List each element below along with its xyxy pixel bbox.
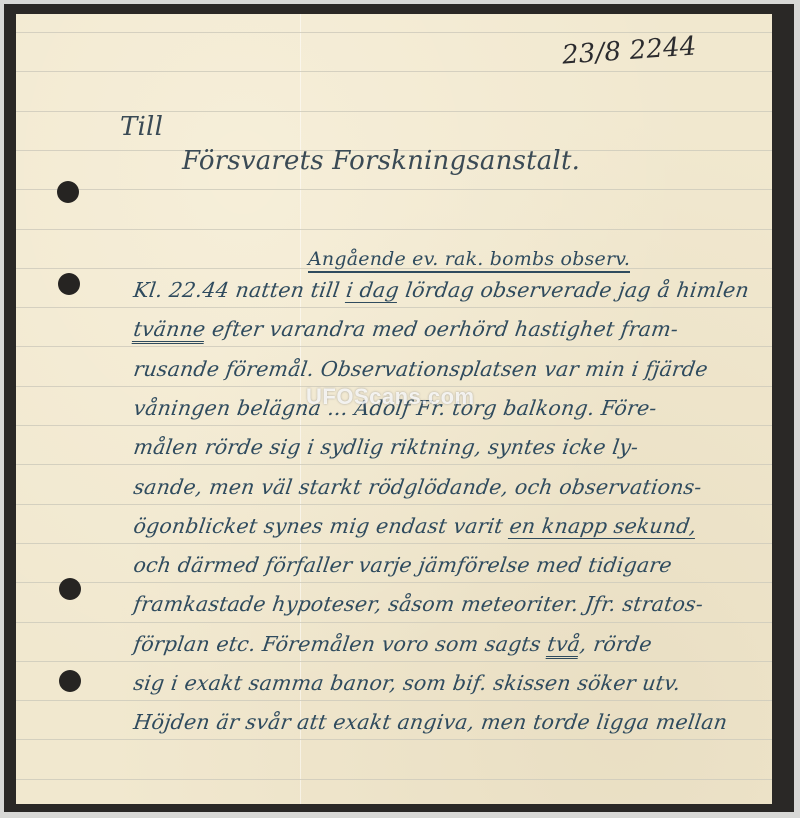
salutation: Till <box>120 112 163 142</box>
ruled-line <box>16 229 772 230</box>
underlined-text: en knapp sekund, <box>508 514 698 539</box>
text-span: målen rörde sig i sydlig riktning, synte… <box>132 435 640 459</box>
ruled-line <box>16 307 772 308</box>
underlined-text: tvänne <box>132 317 208 344</box>
body-line: sig i exakt samma banor, som bif. skisse… <box>132 671 682 695</box>
watermark: UFOScans.com <box>306 384 475 410</box>
text-span: ögonblicket synes mig endast varit <box>132 514 511 538</box>
text-span: efter varandra med oerhörd hastighet fra… <box>204 317 680 341</box>
ruled-line <box>16 346 772 347</box>
body-line: Höjden är svår att exakt angiva, men tor… <box>132 710 729 734</box>
body-line: förplan etc. Föremålen voro som sagts tv… <box>132 632 653 656</box>
body-line: sande, men väl starkt rödglödande, och o… <box>132 475 703 499</box>
ruled-line <box>16 661 772 662</box>
punch-hole-4 <box>59 670 81 692</box>
text-span: lördag observerade jag å himlen <box>397 278 750 302</box>
recipient: Försvarets Forskningsanstalt. <box>182 146 580 176</box>
ruled-line <box>16 582 772 583</box>
body-line: rusande föremål. Observationsplatsen var… <box>132 357 709 381</box>
text-span: förplan etc. Föremålen voro som sagts <box>132 632 549 656</box>
text-span: rusande föremål. Observationsplatsen var… <box>132 357 709 381</box>
punch-hole-2 <box>58 273 80 295</box>
text-span: sig i exakt samma banor, som bif. skisse… <box>132 671 682 695</box>
underlined-text: två <box>545 632 581 659</box>
ruled-line <box>16 622 772 623</box>
text-span: , rörde <box>578 632 653 656</box>
ruled-line <box>16 71 772 72</box>
body-line: framkastade hypoteser, såsom meteoriter.… <box>132 592 705 616</box>
ruled-line <box>16 700 772 701</box>
ruled-line <box>16 189 772 190</box>
ruled-line <box>16 779 772 780</box>
text-span: framkastade hypoteser, såsom meteoriter.… <box>132 592 705 616</box>
text-span: sande, men väl starkt rödglödande, och o… <box>132 475 703 499</box>
punch-hole-3 <box>59 578 81 600</box>
text-span: Kl. 22.44 natten till <box>132 278 348 302</box>
letter-page: 23/8 2244 Till Försvarets Forskningsanst… <box>16 14 772 804</box>
ruled-line <box>16 32 772 33</box>
ruled-line <box>16 543 772 544</box>
body-line: och därmed förfaller varje jämförelse me… <box>132 553 674 577</box>
letter-subject: Angående ev. rak. bombs observ. <box>308 248 630 273</box>
text-span: Höjden är svår att exakt angiva, men tor… <box>132 710 729 734</box>
underlined-text: i dag <box>345 278 401 303</box>
ruled-line <box>16 504 772 505</box>
body-line: tvänne efter varandra med oerhörd hastig… <box>132 317 680 341</box>
body-line: målen rörde sig i sydlig riktning, synte… <box>132 435 640 459</box>
ruled-line <box>16 739 772 740</box>
ruled-line <box>16 425 772 426</box>
punch-hole-1 <box>57 181 79 203</box>
text-span: och därmed förfaller varje jämförelse me… <box>132 553 674 577</box>
body-line: Kl. 22.44 natten till i dag lördag obser… <box>132 278 751 302</box>
body-line: ögonblicket synes mig endast varit en kn… <box>132 514 698 538</box>
date-stamp: 23/8 2244 <box>561 31 697 70</box>
ruled-line <box>16 464 772 465</box>
